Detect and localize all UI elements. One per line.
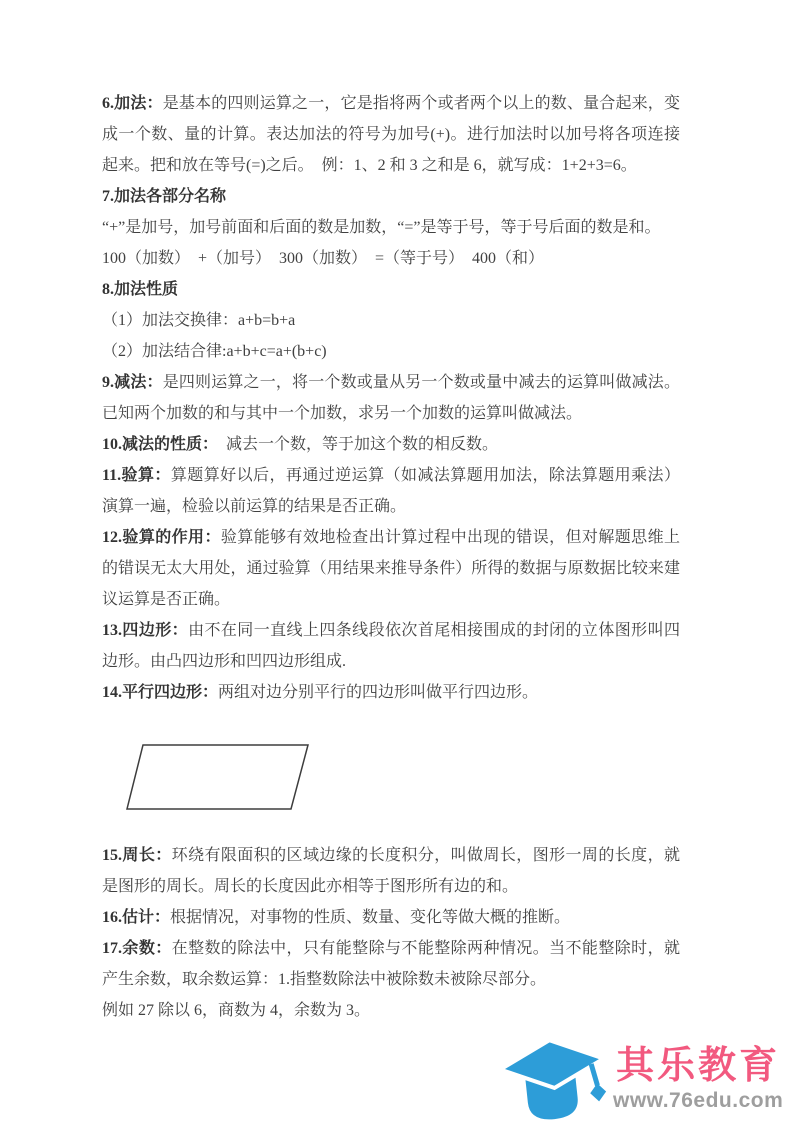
para-item-12: 12.验算的作用：验算能够有效地检查出计算过程中出现的错误，但对解题思维上的错误… [102,522,680,615]
para-item-7-line2: 100（加数） +（加号） 300（加数） =（等于号） 400（和） [102,243,680,274]
parallelogram-figure [102,708,680,840]
term-label-6: 6.加法： [102,95,163,112]
para-item-13: 13.四边形：由不在同一直线上四条线段依次首尾相接围成的封闭的立体图形叫四边形。… [102,615,680,677]
term-text-17-example: 例如 27 除以 6，商数为 4，余数为 3。 [102,1002,370,1019]
brand-url: www.76edu.com [613,1089,783,1112]
term-label-15: 15.周长： [102,847,172,864]
para-item-8-rule1: （1）加法交换律：a+b=b+a [102,305,680,336]
term-label-9: 9.减法： [102,374,163,391]
para-item-7-heading: 7.加法各部分名称 [102,181,680,212]
term-text-6: 是基本的四则运算之一，它是指将两个或者两个以上的数、量合起来，变成一个数、量的计… [102,95,680,174]
term-label-8: 8.加法性质 [102,281,178,298]
term-label-14: 14.平行四边形： [102,684,218,701]
brand-name: 其乐教育 [616,1046,780,1088]
para-item-7-line1: “+”是加号，加号前面和后面的数是加数，“=”是等于号，等于号后面的数是和。 [102,212,680,243]
term-text-7a: “+”是加号，加号前面和后面的数是加数，“=”是等于号，等于号后面的数是和。 [102,219,660,236]
para-item-8-rule2: （2）加法结合律:a+b+c=a+(b+c) [102,336,680,367]
term-label-10: 10.减法的性质： [102,436,210,453]
para-item-9: 9.减法：是四则运算之一，将一个数或量从另一个数或量中减去的运算叫做减法。已知两… [102,367,680,429]
para-item-6: 6.加法：是基本的四则运算之一，它是指将两个或者两个以上的数、量合起来，变成一个… [102,88,680,181]
para-item-17: 17.余数：在整数的除法中，只有能整除与不能整除两种情况。当不能整除时，就产生余… [102,933,680,995]
term-text-9: 是四则运算之一，将一个数或量从另一个数或量中减去的运算叫做减法。已知两个加数的和… [102,374,680,422]
term-label-7: 7.加法各部分名称 [102,188,226,205]
term-text-13: 由不在同一直线上四条线段依次首尾相接围成的封闭的立体图形叫四边形。由凸四边形和凹… [102,622,680,670]
term-label-16: 16.估计： [102,909,170,926]
document-body: 6.加法：是基本的四则运算之一，它是指将两个或者两个以上的数、量合起来，变成一个… [102,88,680,1026]
parallelogram-shape [127,745,308,809]
para-item-8-heading: 8.加法性质 [102,274,680,305]
term-label-13: 13.四边形： [102,622,188,639]
term-text-11: 算题算好以后，再通过逆运算（如减法算题用加法，除法算题用乘法）演算一遍，检验以前… [102,467,680,515]
parallelogram-drawing [126,744,310,811]
para-item-10: 10.减法的性质： 减去一个数，等于加这个数的相反数。 [102,429,680,460]
term-text-15: 环绕有限面积的区域边缘的长度积分，叫做周长，图形一周的长度，就是图形的周长。周长… [102,847,680,895]
term-text-14: 两组对边分别平行的四边形叫做平行四边形。 [218,684,538,701]
para-item-16: 16.估计：根据情况，对事物的性质、数量、变化等做大概的推断。 [102,902,680,933]
cap-board [498,1035,606,1094]
term-text-17: 在整数的除法中，只有能整除与不能整除两种情况。当不能整除时，就产生余数，取余数运… [102,940,680,988]
para-item-15: 15.周长：环绕有限面积的区域边缘的长度积分，叫做周长，图形一周的长度，就是图形… [102,840,680,902]
term-label-12: 12.验算的作用： [102,529,221,546]
term-text-10: 减去一个数，等于加这个数的相反数。 [210,436,498,453]
para-item-17-example: 例如 27 除以 6，商数为 4，余数为 3。 [102,995,680,1026]
para-item-14: 14.平行四边形：两组对边分别平行的四边形叫做平行四边形。 [102,677,680,708]
brand-logo: 其乐教育 www.76edu.com [495,1034,793,1122]
term-text-16: 根据情况，对事物的性质、数量、变化等做大概的推断。 [170,909,570,926]
graduation-cap-icon [495,1034,607,1122]
brand-text: 其乐教育 www.76edu.com [613,1046,783,1112]
term-label-11: 11.验算： [102,467,171,484]
term-text-7b: 100（加数） +（加号） 300（加数） =（等于号） 400（和） [102,250,544,267]
term-text-8b: （2）加法结合律:a+b+c=a+(b+c) [102,343,327,360]
term-label-17: 17.余数： [102,940,172,957]
cap-tassel-stem [591,1064,597,1086]
para-item-11: 11.验算：算题算好以后，再通过逆运算（如减法算题用加法，除法算题用乘法）演算一… [102,460,680,522]
term-text-8a: （1）加法交换律：a+b=b+a [102,312,295,329]
cap-tassel-charm [589,1083,607,1103]
